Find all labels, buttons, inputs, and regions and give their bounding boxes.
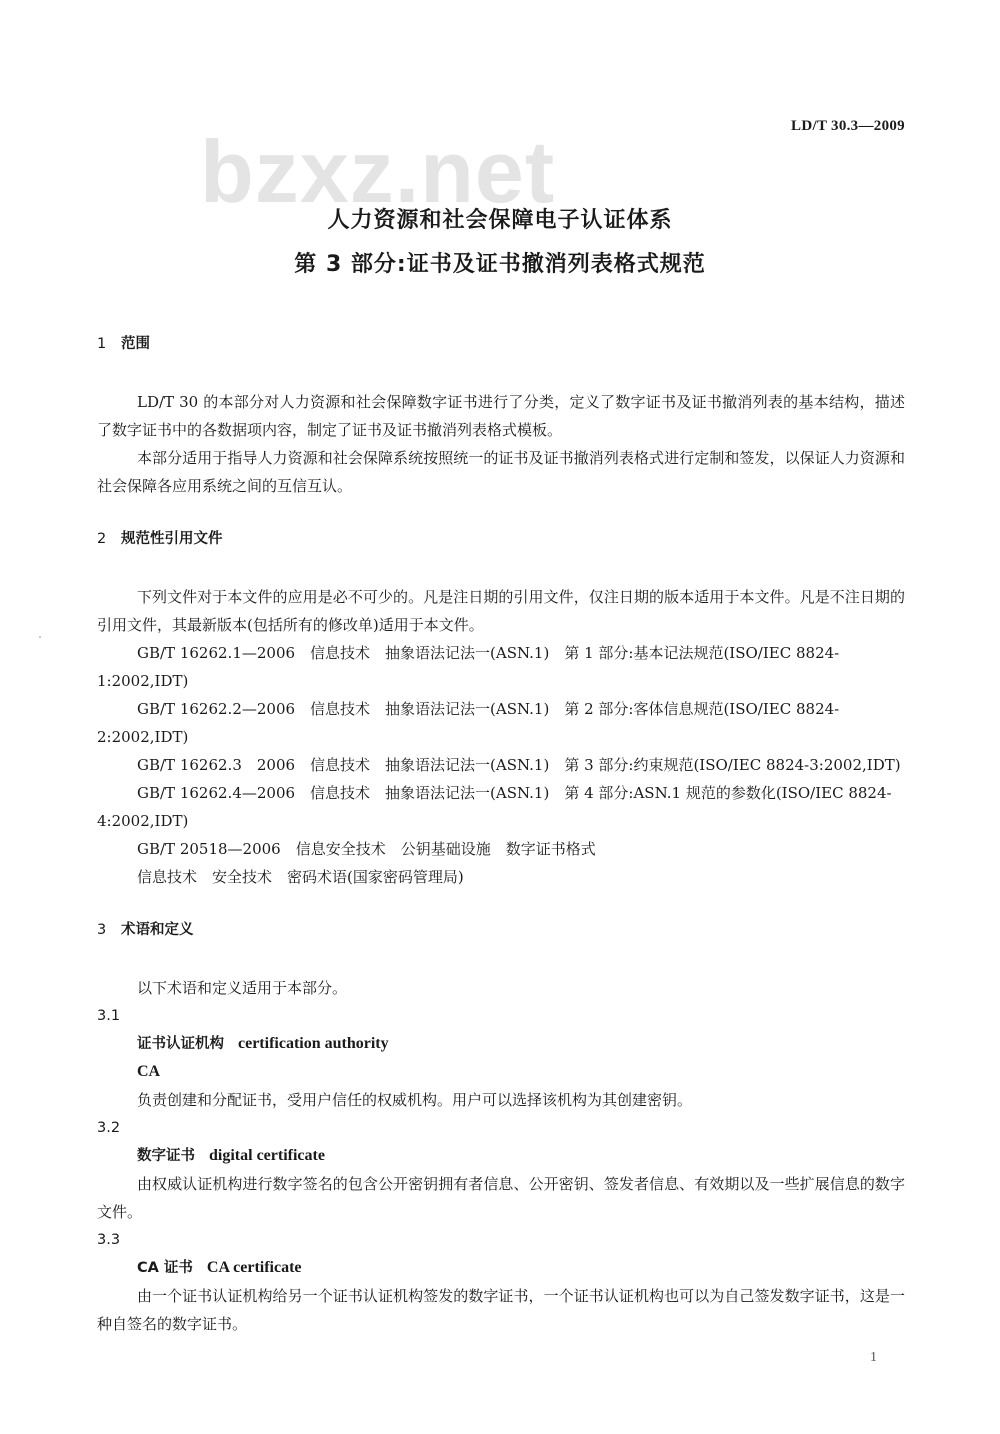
reference-item: GB/T 16262.2—2006 信息技术 抽象语法记法一(ASN.1) 第 … bbox=[97, 695, 905, 751]
reference-item: GB/T 20518—2006 信息安全技术 公钥基础设施 数字证书格式 bbox=[97, 835, 905, 863]
term-name-zh: CA 证书 bbox=[137, 1260, 193, 1276]
term-name: 证书认证机构certification authority bbox=[97, 1030, 905, 1058]
reference-item: GB/T 16262.1—2006 信息技术 抽象语法记法一(ASN.1) 第 … bbox=[97, 639, 905, 695]
section-number: 1 bbox=[97, 330, 121, 358]
scope-paragraph: 本部分适用于指导人力资源和社会保障系统按照统一的证书及证书撤消列表格式进行定制和… bbox=[97, 444, 905, 500]
term-abbreviation: CA bbox=[97, 1058, 905, 1086]
section-number: 2 bbox=[97, 525, 121, 553]
term-definition: 由权威认证机构进行数字签名的包含公开密钥拥有者信息、公开密钥、签发者信息、有效期… bbox=[97, 1170, 905, 1226]
terms-intro: 以下术语和定义适用于本部分。 bbox=[97, 974, 905, 1002]
term-name-en: CA certificate bbox=[207, 1259, 302, 1276]
section-number: 3 bbox=[97, 916, 121, 944]
reference-item: 信息技术 安全技术 密码术语(国家密码管理局) bbox=[97, 863, 905, 891]
section-heading-terms-definitions: 3术语和定义 bbox=[97, 916, 905, 944]
references-intro: 下列文件对于本文件的应用是必不可少的。凡是注日期的引用文件，仅注日期的版本适用于… bbox=[97, 583, 905, 639]
scope-paragraph: LD/T 30 的本部分对人力资源和社会保障数字证书进行了分类，定义了数字证书及… bbox=[97, 388, 905, 444]
term-name-en: digital certificate bbox=[209, 1147, 325, 1164]
term-name-en: certification authority bbox=[238, 1035, 389, 1052]
section-heading-normative-references: 2规范性引用文件 bbox=[97, 525, 905, 553]
term-number: 3.2 bbox=[97, 1114, 905, 1142]
document-title-line2: 第 3 部分:证书及证书撤消列表格式规范 bbox=[0, 247, 1000, 278]
term-definition: 负责创建和分配证书，受用户信任的权威机构。用户可以选择该机构为其创建密钥。 bbox=[97, 1086, 905, 1114]
section-title: 规范性引用文件 bbox=[121, 531, 223, 547]
document-title-line1: 人力资源和社会保障电子认证体系 bbox=[0, 203, 1000, 234]
term-number: 3.3 bbox=[97, 1226, 905, 1254]
reference-item: GB/T 16262.4—2006 信息技术 抽象语法记法一(ASN.1) 第 … bbox=[97, 779, 905, 835]
page-number: 1 bbox=[870, 1350, 877, 1366]
term-name-zh: 证书认证机构 bbox=[137, 1036, 224, 1052]
section-heading-scope: 1范围 bbox=[97, 330, 905, 358]
term-name-zh: 数字证书 bbox=[137, 1148, 195, 1164]
term-name: 数字证书digital certificate bbox=[97, 1142, 905, 1170]
term-name: CA 证书CA certificate bbox=[97, 1254, 905, 1282]
term-definition: 由一个证书认证机构给另一个证书认证机构签发的数字证书，一个证书认证机构也可以为自… bbox=[97, 1282, 905, 1338]
term-number: 3.1 bbox=[97, 1002, 905, 1030]
document-body: 1范围 LD/T 30 的本部分对人力资源和社会保障数字证书进行了分类，定义了数… bbox=[97, 330, 905, 1338]
section-title: 术语和定义 bbox=[121, 922, 194, 938]
standard-code: LD/T 30.3—2009 bbox=[791, 118, 905, 135]
reference-item: GB/T 16262.3 2006 信息技术 抽象语法记法一(ASN.1) 第 … bbox=[97, 751, 905, 779]
scan-speck bbox=[39, 636, 41, 638]
section-title: 范围 bbox=[121, 336, 150, 352]
